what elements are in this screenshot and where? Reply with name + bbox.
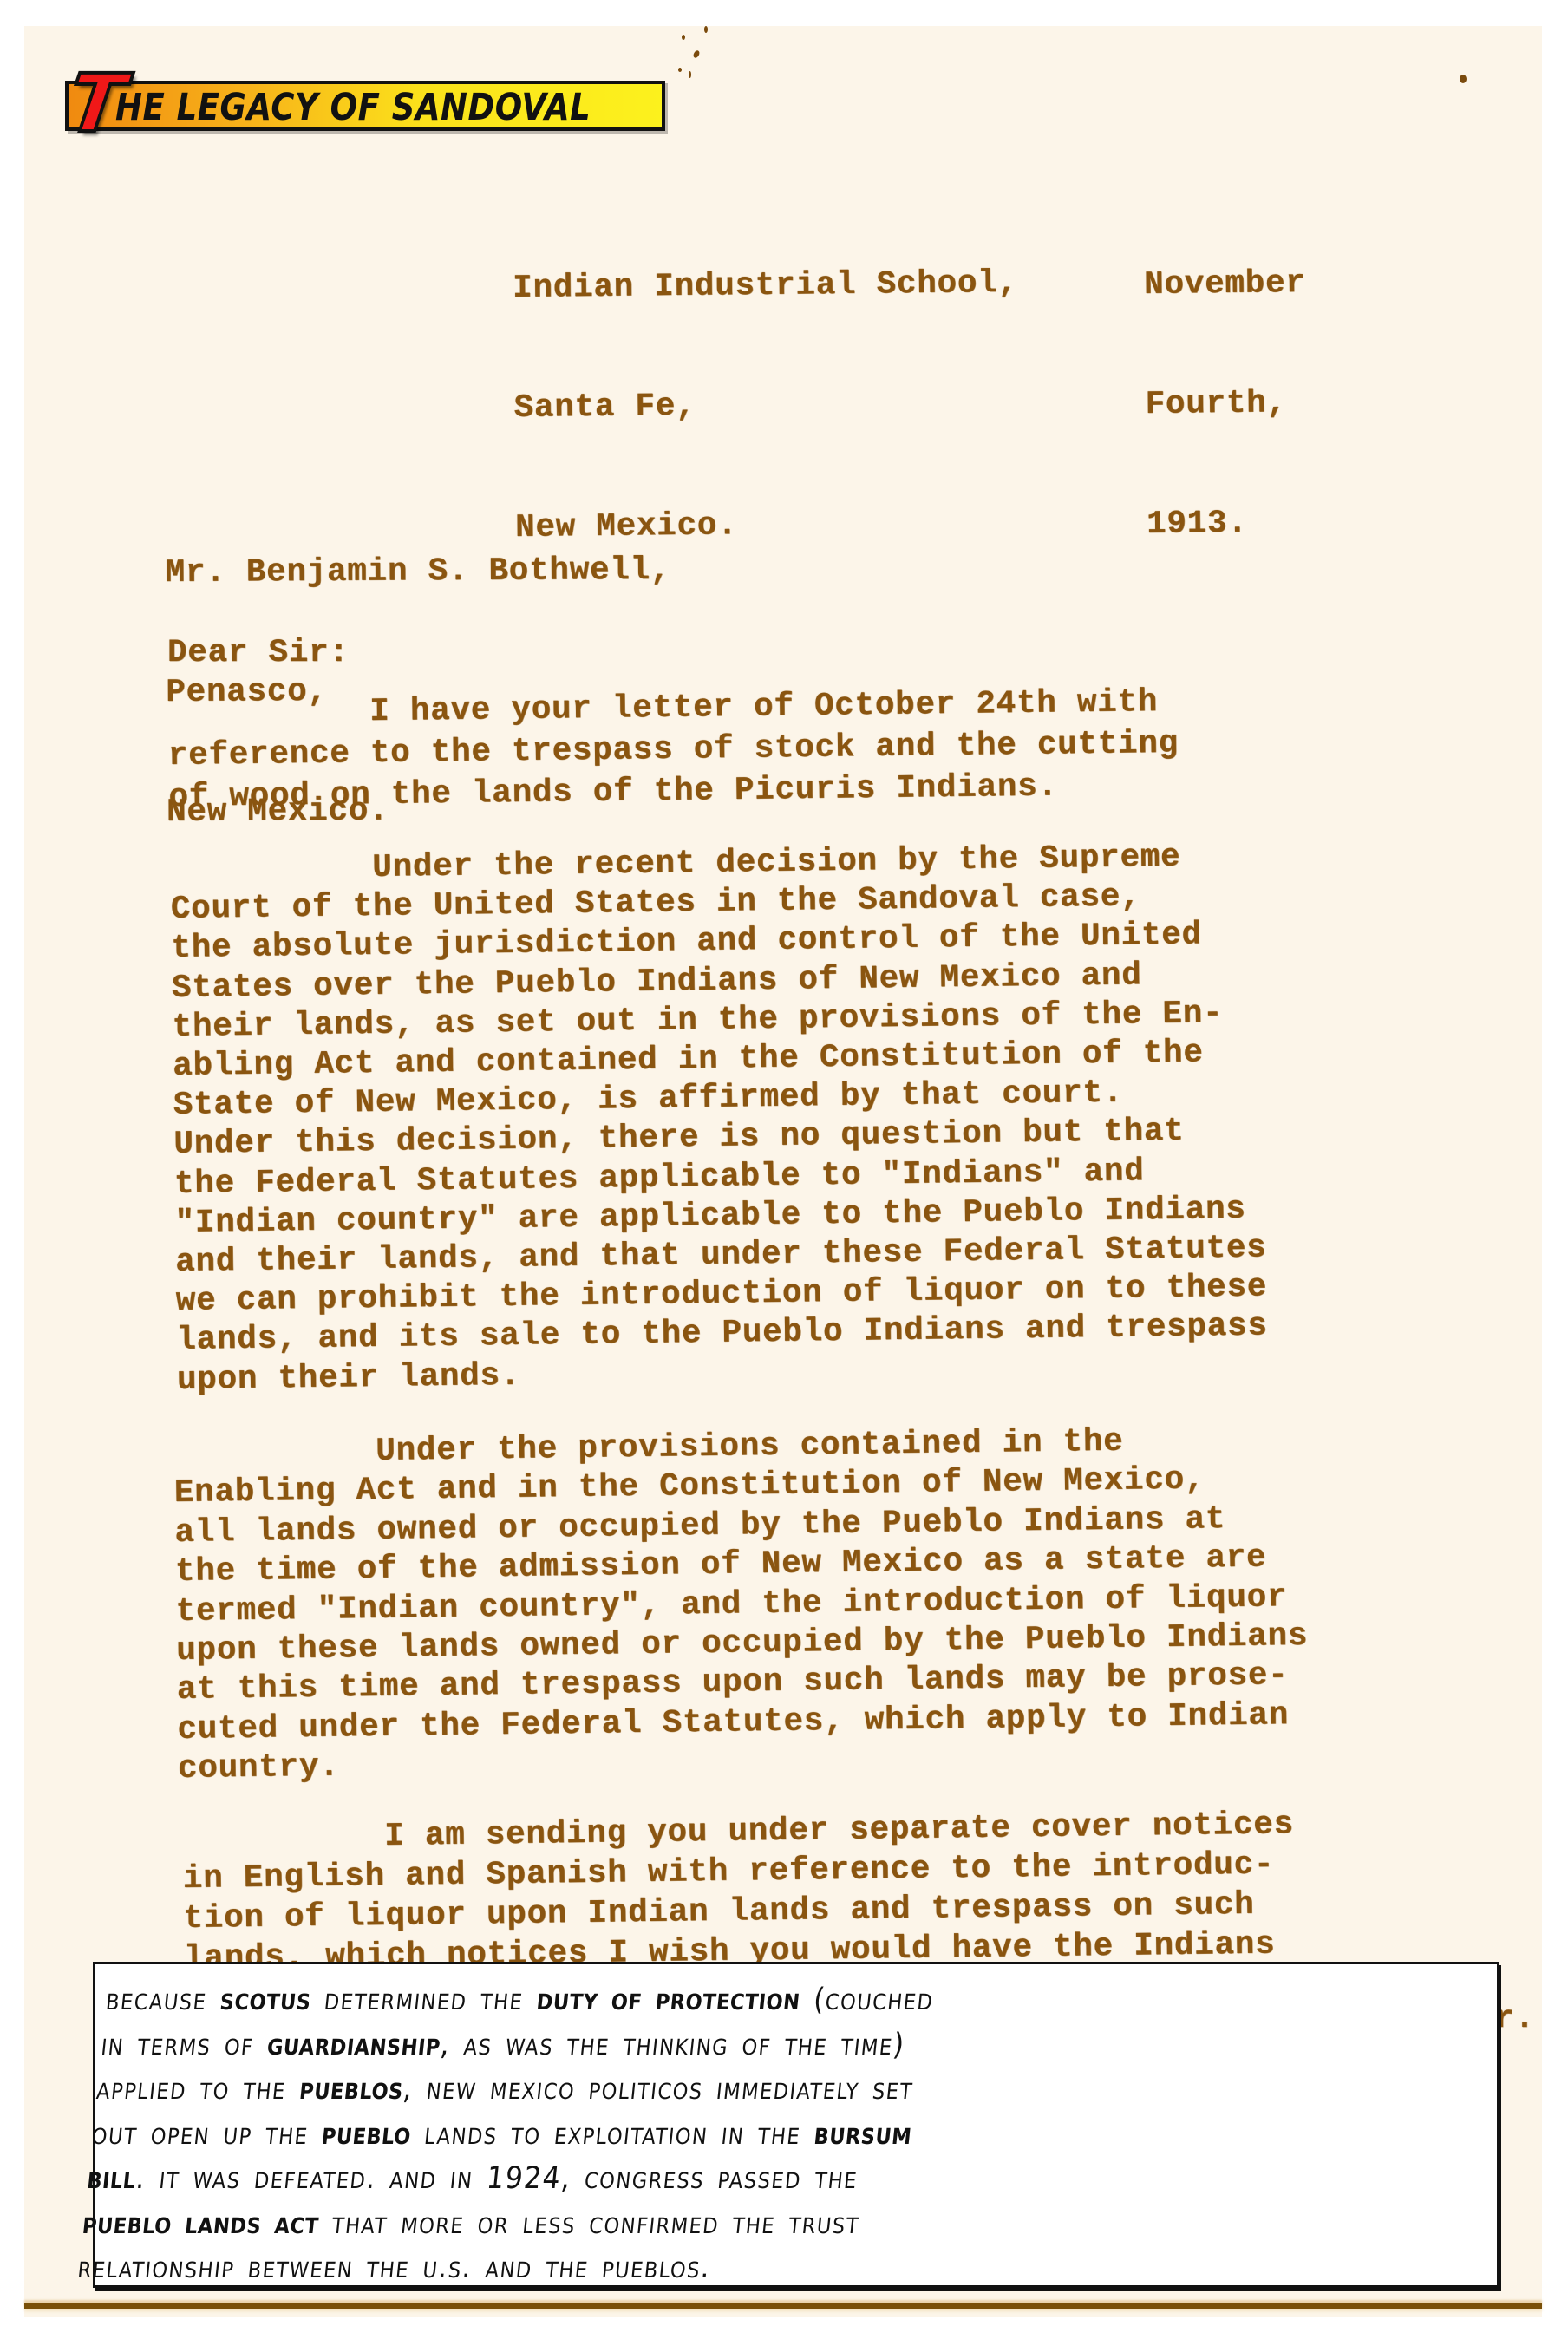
date-line: Fourth, [1145,383,1307,425]
caption-segment: applied to the [95,2072,301,2107]
page-title: HE LEGACY OF SANDOVAL [115,86,591,130]
caption-segment: in terms of [100,2028,270,2062]
ink-speck [704,26,708,33]
caption-box: Because SCOTUS determined the duty of pr… [93,1962,1499,2288]
caption-segment: Because [104,1983,222,2017]
caption-line: out open up the Pueblo lands to exploita… [89,2113,1472,2158]
addressee-line: Mr. Benjamin S. Bothwell, [165,551,670,593]
caption-segment: determined the [310,1983,539,2017]
caption-emphasis: guardianship [265,2028,442,2062]
caption-emphasis: Pueblo Lands Act [81,2206,321,2241]
caption-line: Because SCOTUS determined the duty of pr… [104,1978,1486,2023]
bottom-rule [24,2303,1542,2309]
caption-emphasis: Pueblos [297,2072,405,2107]
caption-segment: lands to exploitation in the [409,2117,816,2152]
letter-paragraph: Under the recent decision by the Supreme… [170,838,1269,1401]
letter-paragraph: I have your letter of October 24th withr… [167,682,1179,819]
caption-segment: relationship between the U.S. and the Pu… [76,2251,713,2285]
letter-date: November Fourth, 1913. [1143,184,1309,585]
caption-segment: , New Mexico politicos immediately set [402,2072,915,2107]
date-line: November [1144,264,1306,305]
caption-segment: out open up the [90,2117,323,2152]
caption-line: Pueblo Lands Act that more or less confi… [81,2202,1463,2247]
caption-segment: (couched [799,1983,936,2017]
letter-paragraph: I am sending you under separate cover no… [182,1805,1296,1979]
caption-line: relationship between the U.S. and the Pu… [75,2246,1458,2291]
caption-text: Because SCOTUS determined the duty of pr… [75,1978,1486,2291]
caption-emphasis: Bill [86,2161,138,2196]
ink-speck [678,68,682,72]
caption-emphasis: Pueblo [320,2117,413,2152]
salutation: Dear Sir: [167,633,350,673]
caption-emphasis: Bursum [813,2117,914,2152]
caption-emphasis: duty of protection [535,1983,802,2017]
caption-line: in terms of guardianship, as was the thi… [99,2023,1481,2068]
caption-line: Bill. It was defeated. And in 1924, Cong… [85,2157,1467,2202]
caption-line: applied to the Pueblos, New Mexico polit… [95,2068,1477,2113]
letterhead-line: Indian Industrial School, [513,264,1018,309]
letter-paragraph: Under the provisions contained in theEna… [173,1421,1310,1790]
date-line: 1913. [1147,503,1309,545]
letterhead-line: Santa Fe, [513,383,1019,428]
caption-segment: , as was the thinking of the time) [439,2028,907,2062]
ink-speck [1460,75,1467,83]
caption-segment: . It was defeated. And in 1924, Congress… [134,2161,859,2196]
caption-emphasis: SCOTUS [219,1983,313,2017]
ink-speck [689,71,691,78]
caption-segment: that more or less confirmed the trust [317,2206,862,2241]
ink-speck [682,35,685,40]
